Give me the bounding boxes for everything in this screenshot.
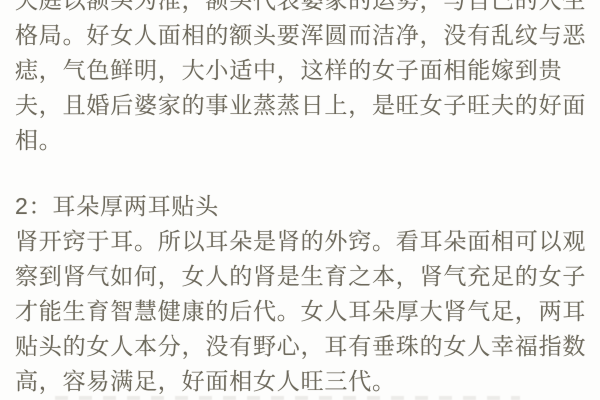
cropped-next-line-fragment	[55, 396, 520, 400]
text-line: 高，容易满足，好面相女人旺三代。	[15, 364, 590, 399]
text-line: 夫，且婚后婆家的事业蒸蒸日上，是旺女子旺夫的好面	[15, 88, 590, 123]
text-line-cropped-top: 天庭以额头为准，额头代表婆家的运势，与自己的人生	[15, 0, 590, 18]
paragraph-forehead: 天庭以额头为准，额头代表婆家的运势，与自己的人生 格局。好女人面相的额头要浑圆而…	[0, 0, 600, 158]
section-ears: 2：耳朵厚两耳贴头 肾开窍于耳。所以耳朵是肾的外窍。看耳朵面相可以观 察到肾气如…	[0, 189, 600, 399]
text-line: 察到肾气如何，女人的肾是生育之本，肾气充足的女子	[15, 259, 590, 294]
text-line: 相。	[15, 123, 590, 158]
text-line: 肾开窍于耳。所以耳朵是肾的外窍。看耳朵面相可以观	[15, 224, 590, 259]
section-heading: 2：耳朵厚两耳贴头	[15, 189, 590, 224]
text-line: 才能生育智慧健康的后代。女人耳朵厚大肾气足，两耳	[15, 294, 590, 329]
article-page: 天庭以额头为准，额头代表婆家的运势，与自己的人生 格局。好女人面相的额头要浑圆而…	[0, 0, 600, 400]
text-line: 格局。好女人面相的额头要浑圆而洁净，没有乱纹与恶	[15, 18, 590, 53]
text-line: 贴头的女人本分，没有野心，耳有垂珠的女人幸福指数	[15, 329, 590, 364]
text-line: 痣，气色鲜明，大小适中，这样的女子面相能嫁到贵	[15, 53, 590, 88]
